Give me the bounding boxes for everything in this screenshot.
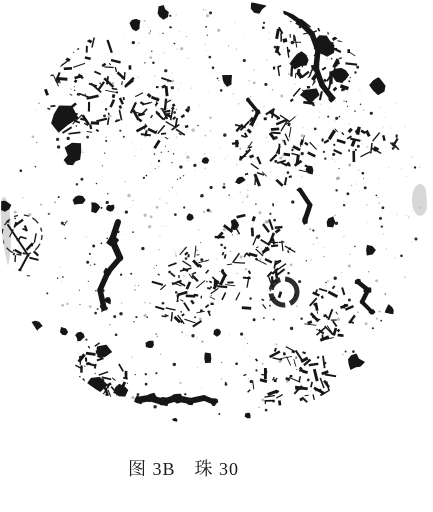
figure-caption: 图 3B 珠 30 bbox=[0, 455, 433, 481]
paper-figure-page: 图 3B 珠 30 bbox=[0, 0, 433, 512]
micrograph-content bbox=[0, 0, 433, 423]
micrograph-image bbox=[0, 0, 433, 440]
micrograph-figure bbox=[0, 0, 433, 440]
